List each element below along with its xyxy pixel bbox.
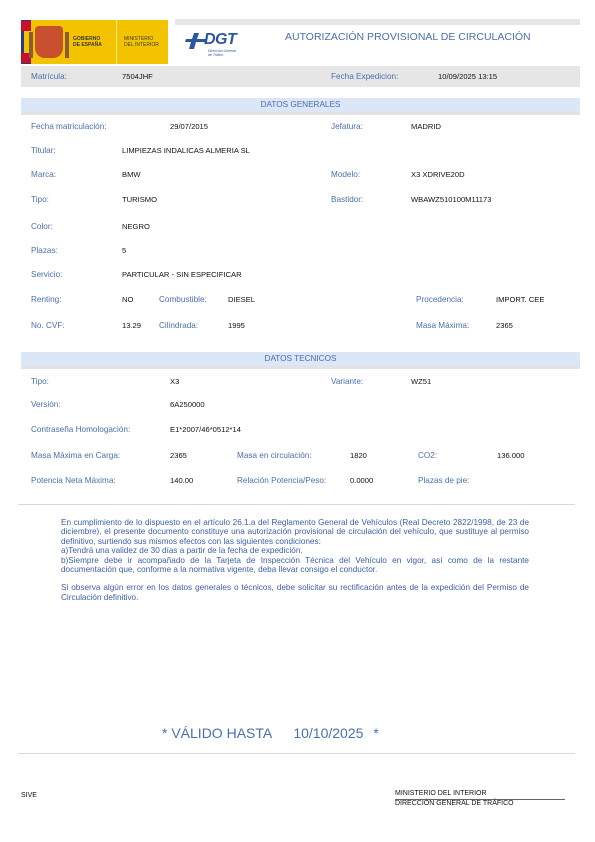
fecha-matriculacion-label: Fecha matriculación: [31,122,107,131]
section-divider [18,504,575,505]
potencia-value: 140.00 [170,476,193,485]
masa-maxima-label: Masa Máxima: [416,321,469,330]
logo-divider [116,20,117,64]
relacion-value: 0.0000 [350,476,373,485]
validity-divider [18,753,575,754]
footer-sive: SIVE [21,792,37,799]
bastidor-label: Bastidor: [331,195,363,204]
datos-generales-title: DATOS GENERALES [21,98,580,112]
version-label: Versión: [31,400,61,409]
dgt-wordmark: DGT [204,31,236,49]
jefatura-value: MADRID [411,122,441,131]
footer-authority: MINISTERIO DEL INTERIOR DIRECCIÓN GENERA… [395,790,565,808]
contrasena-label: Contraseña Homologación: [31,425,130,434]
fecha-expedicion-value: 10/09/2025 13:15 [438,72,497,81]
gobierno-text: GOBIERNO DE ESPAÑA [73,36,113,64]
cvf-value: 13.29 [122,321,141,330]
validity-line: * VÁLIDO HASTA 10/10/2025 * [162,725,379,741]
legal-condition-b: b)Siempre debe ir acompañado de la Tarje… [61,556,529,575]
tec-tipo-value: X3 [170,377,179,386]
tipo-label: Tipo: [31,195,49,204]
jefatura-label: Jefatura: [331,122,363,131]
marca-label: Marca: [31,170,56,179]
datos-generales-header: DATOS GENERALES [21,98,580,115]
procedencia-label: Procedencia: [416,295,464,304]
masa-circulacion-label: Masa en circulación: [237,451,312,460]
marca-value: BMW [122,170,141,179]
modelo-value: X3 XDRIVE20D [411,170,465,179]
variante-label: Variante: [331,377,363,386]
co2-label: CO2: [418,451,437,460]
footer-dgt: DIRECCIÓN GENERAL DE TRÁFICO [395,800,514,807]
renting-value: NO [122,295,133,304]
ministerio-text: MINISTERIO DEL INTERIOR [124,36,159,64]
titular-label: Titular: [31,146,56,155]
combustible-value: DIESEL [228,295,255,304]
validity-date: 10/10/2025 [293,725,363,741]
datos-tecnicos-header: DATOS TECNICOS [21,352,580,369]
modelo-label: Modelo: [331,170,360,179]
masa-maxima-value: 2365 [496,321,513,330]
combustible-label: Combustible: [159,295,207,304]
legal-paragraph-2: Si observa algún error en los datos gene… [61,583,529,602]
matricula-value: 7504JHF [122,72,153,81]
dgt-subtitle: Dirección General de Tráfico [208,49,236,57]
fecha-matriculacion-value: 29/07/2015 [170,122,208,131]
servicio-label: Servicio: [31,270,62,279]
legal-notice: En cumplimiento de lo dispuesto en el ar… [61,518,529,602]
coat-of-arms-icon [35,26,63,58]
color-value: NEGRO [122,222,150,231]
plazas-value: 5 [122,246,126,255]
footer-ministerio: MINISTERIO DEL INTERIOR [395,790,565,800]
cilindrada-label: Cilindrada: [159,321,198,330]
potencia-label: Potencia Neta Máxima: [31,476,116,485]
co2-value: 136.000 [497,451,524,460]
contrasena-value: E1*2007/46*0512*14 [170,425,241,434]
procedencia-value: IMPORT. CEE [496,295,544,304]
bastidor-value: WBAWZ510100M11173 [411,195,491,204]
plazas-label: Plazas: [31,246,58,255]
gobierno-espana-logo: GOBIERNO DE ESPAÑA MINISTERIO DEL INTERI… [21,20,168,64]
matricula-label: Matrícula: [31,72,67,81]
plazas-pie-label: Plazas de pie: [418,476,469,485]
masa-circulacion-value: 1820 [350,451,367,460]
tec-tipo-label: Tipo: [31,377,49,386]
titular-value: LIMPIEZAS INDALICAS ALMERIA SL [122,146,250,155]
document-title: AUTORIZACIÓN PROVISIONAL DE CIRCULACIÓN [285,31,531,43]
tipo-value: TURISMO [122,195,157,204]
relacion-label: Relación Potencia/Peso: [237,476,326,485]
validity-suffix: * [373,725,378,741]
header-top-bar [175,19,580,25]
validity-prefix: * VÁLIDO HASTA [162,725,271,741]
cilindrada-value: 1995 [228,321,245,330]
version-value: 6A250000 [170,400,205,409]
masa-max-carga-value: 2365 [170,451,187,460]
fecha-expedicion-label: Fecha Expedicion: [331,72,398,81]
masa-max-carga-label: Masa Máxima en Carga: [31,451,120,460]
legal-paragraph-1: En cumplimiento de lo dispuesto en el ar… [61,518,529,546]
color-label: Color: [31,222,53,231]
dgt-logo: DGT Dirección General de Tráfico [178,27,258,61]
servicio-value: PARTICULAR - SIN ESPECIFICAR [122,270,242,279]
datos-tecnicos-title: DATOS TECNICOS [21,352,580,366]
cvf-label: No. CVF: [31,321,65,330]
legal-condition-a: a)Tendrá una validez de 30 días a partir… [61,546,529,555]
renting-label: Renting: [31,295,62,304]
variante-value: WZ51 [411,377,431,386]
